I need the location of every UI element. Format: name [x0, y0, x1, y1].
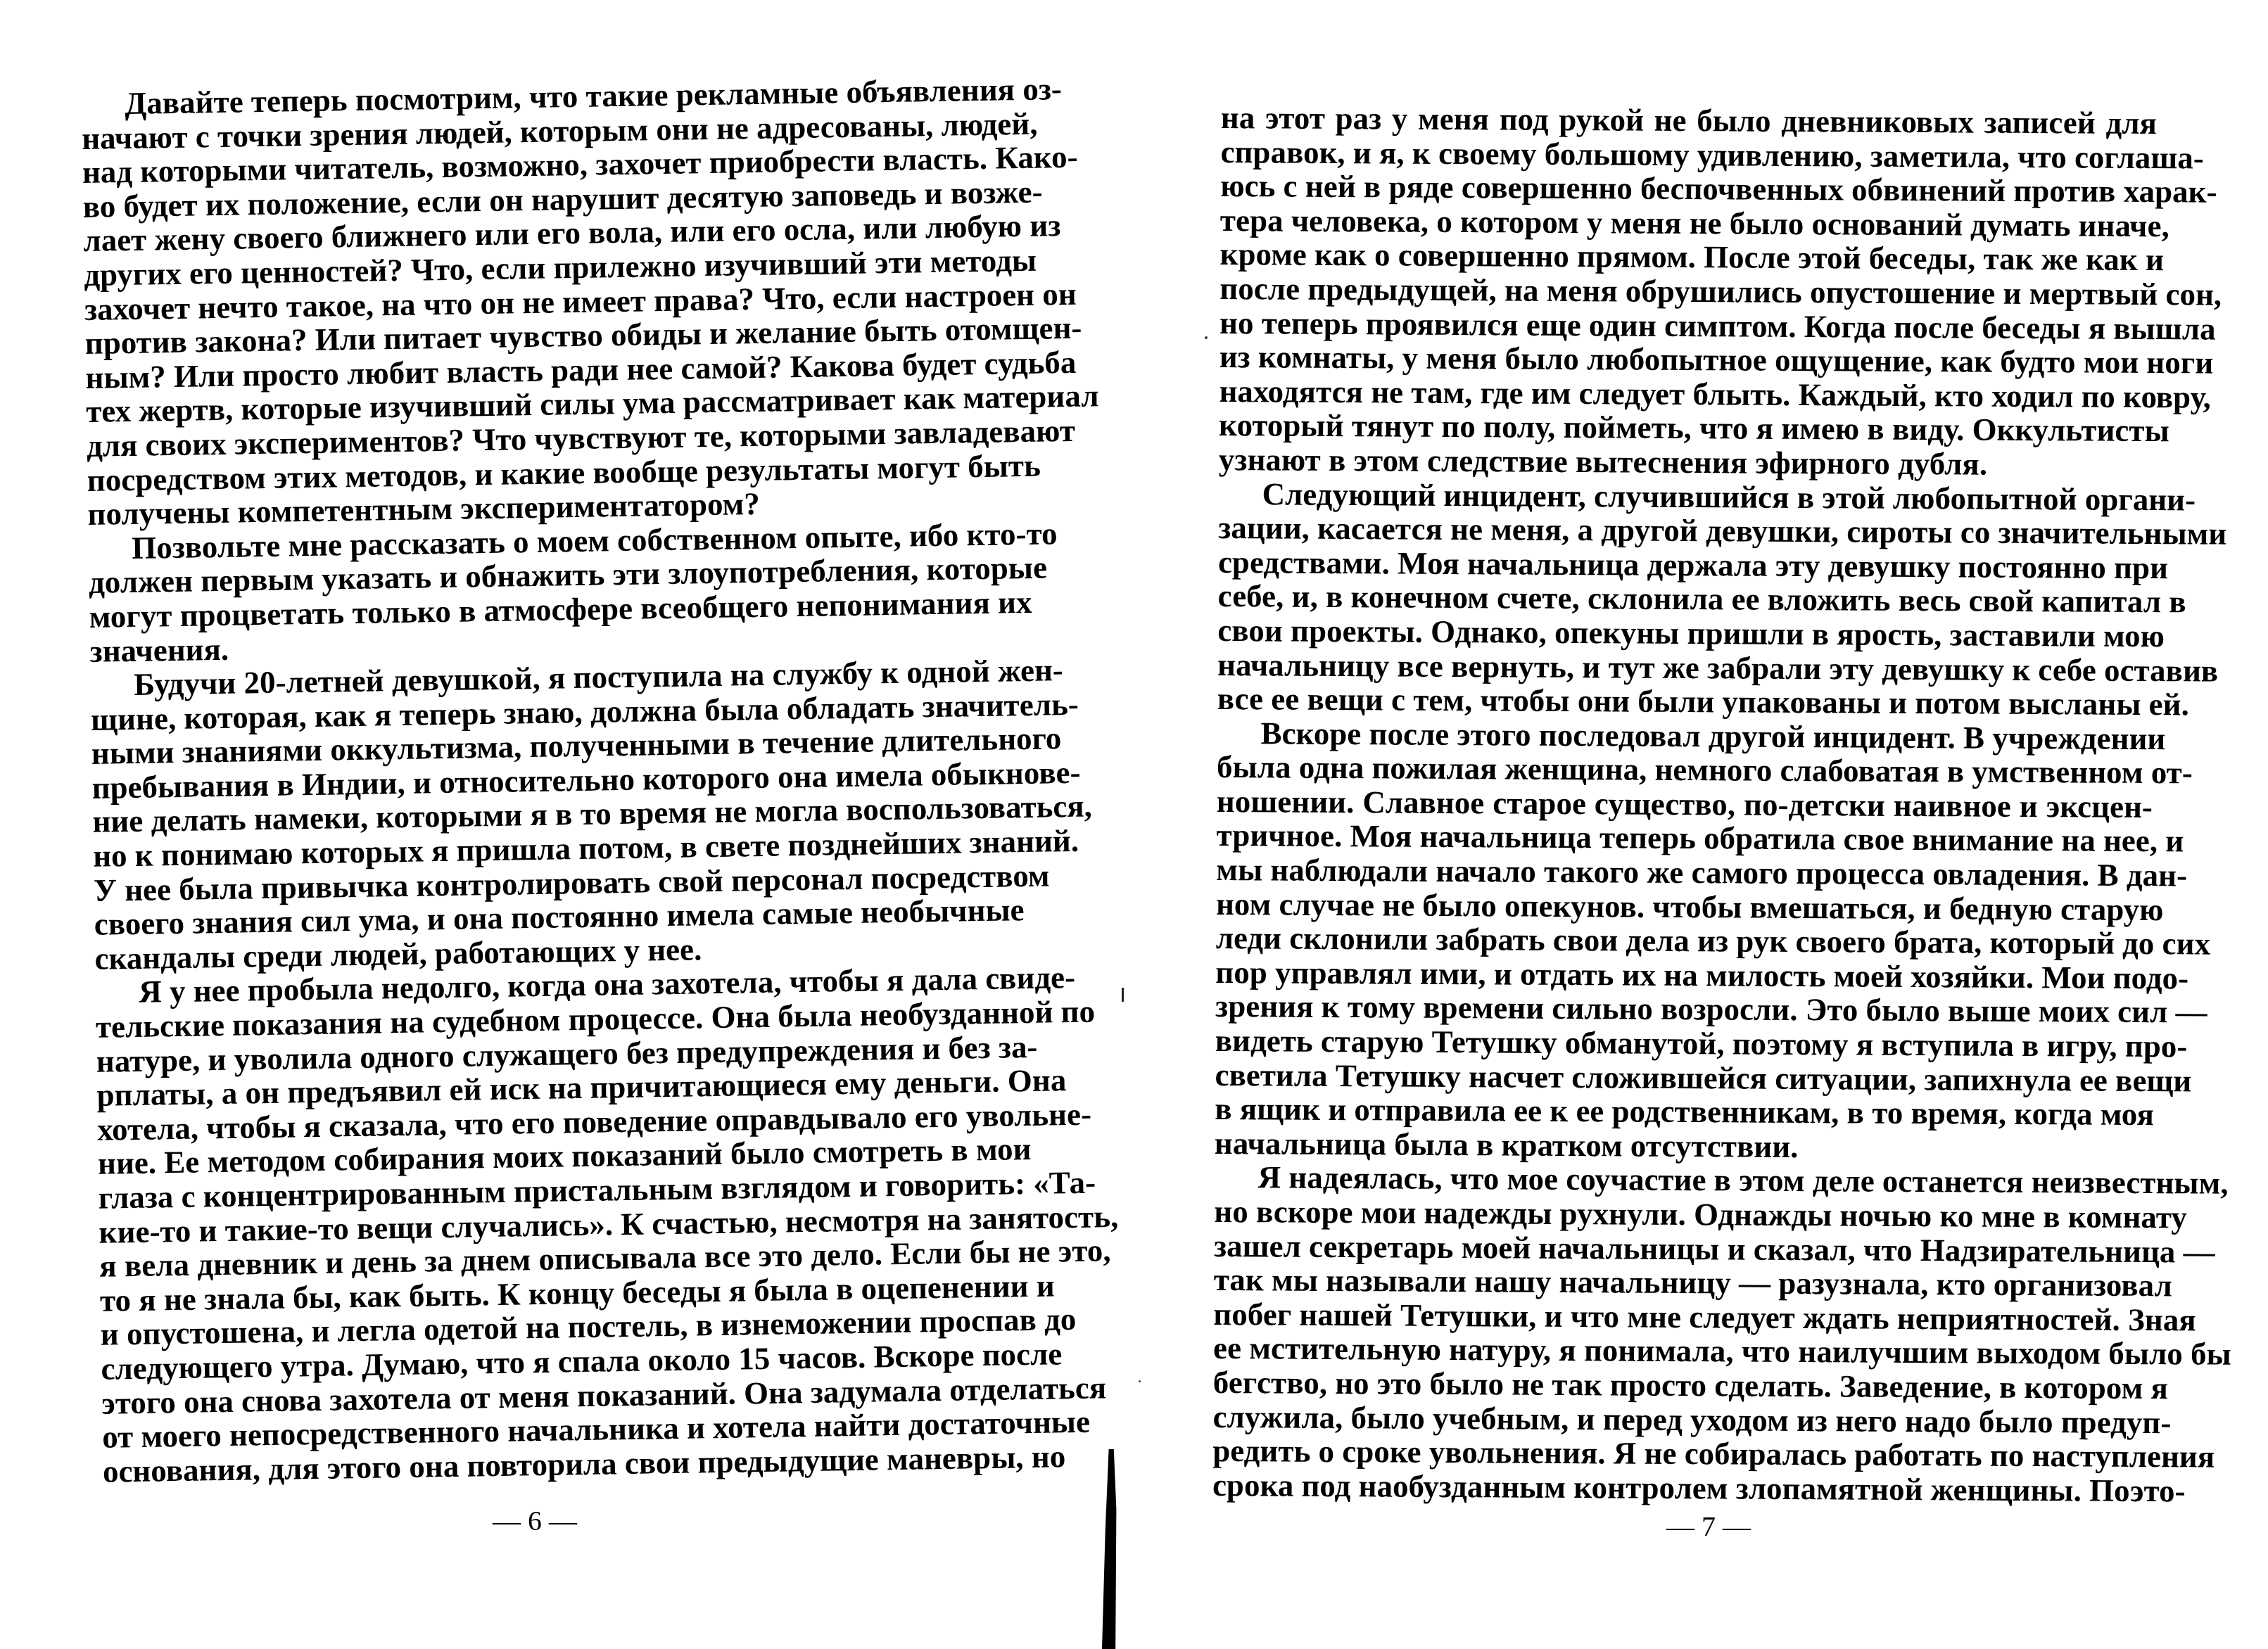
text-line: после предыдущей, на меня обрушились опу…	[1219, 272, 2155, 312]
text-line: бегство, но это было не так просто сдела…	[1213, 1365, 2149, 1406]
binding-gutter-mark	[1122, 988, 1124, 1002]
text-line: свои проекты. Однако, опекуны пришли в я…	[1217, 613, 2153, 654]
scan-speck	[1205, 336, 1208, 339]
text-line: на этот раз у меня под рукой не было дне…	[1221, 101, 2157, 141]
scan-speck	[1139, 1380, 1141, 1382]
page-number-right: — 7 —	[1666, 1510, 1751, 1543]
page-number-left: — 6 —	[493, 1504, 577, 1537]
text-line: но вскоре мои надежды рухнули. Однажды н…	[1214, 1195, 2150, 1235]
text-line: узнают в этом следствие вытеснения эфирн…	[1219, 443, 2155, 483]
left-page: Давайте теперь посмотрим, что такие рекл…	[0, 0, 1112, 1649]
text-line: срока под наобузданным контролем злопамя…	[1212, 1468, 2148, 1508]
left-page-text: Давайте теперь посмотрим, что такие рекл…	[81, 72, 1028, 1489]
right-page-text: на этот раз у меня под рукой не было дне…	[1212, 101, 2157, 1508]
